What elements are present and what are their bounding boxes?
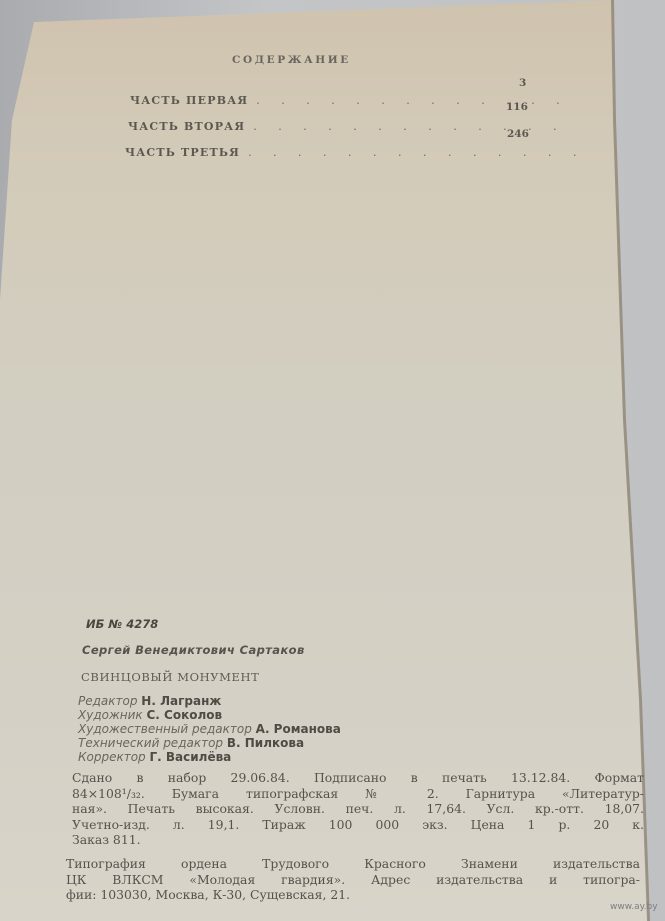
staff-role: Художественный редактор	[78, 722, 252, 736]
watermark: www.ay.by	[610, 902, 658, 912]
toc-item-label: ЧАСТЬ ПЕРВАЯ	[130, 94, 248, 107]
imprint-line: 84×108¹/₃₂. Бумага типографская № 2. Гар…	[72, 786, 644, 802]
staff-role: Редактор	[78, 694, 137, 708]
staff-role: Технический редактор	[78, 736, 223, 750]
toc-item-page: 116	[506, 101, 528, 113]
staff-role: Корректор	[78, 750, 146, 764]
printer-line: Типография ордена Трудового Красного Зна…	[66, 856, 640, 872]
staff-name: В. Пилкова	[227, 736, 304, 750]
toc-item-page: 3	[519, 77, 526, 89]
toc-item-page: 246	[507, 128, 529, 140]
imprint-line: ная». Печать высокая. Условн. печ. л. 17…	[72, 801, 644, 817]
staff-role: Художник	[78, 708, 143, 722]
staff-credits: Редактор Н. Лагранж Художник С. Соколов …	[78, 694, 341, 764]
toc-item: ЧАСТЬ ВТОРАЯ. . . . . . . . . . . . .	[128, 120, 566, 133]
toc-leader-dots: . . . . . . . . . . . . . .	[248, 146, 585, 159]
staff-line: Корректор Г. Василёва	[78, 750, 341, 764]
imprint-details: Сдано в набор 29.06.84. Подписано в печа…	[72, 770, 644, 848]
imprint-line: Сдано в набор 29.06.84. Подписано в печа…	[72, 770, 644, 786]
staff-name: Н. Лагранж	[141, 694, 221, 708]
toc-item-label: ЧАСТЬ ВТОРАЯ	[128, 120, 245, 133]
toc-item: ЧАСТЬ ТРЕТЬЯ. . . . . . . . . . . . . .	[125, 146, 585, 159]
ib-number: ИБ № 4278	[86, 617, 158, 631]
staff-name: А. Романова	[256, 722, 341, 736]
imprint-line: Учетно-изд. л. 19,1. Тираж 100 000 экз. …	[72, 817, 644, 833]
printer-line: фии: 103030, Москва, К-30, Сущевская, 21…	[66, 887, 640, 903]
imprint-line: Заказ 811.	[72, 832, 644, 848]
staff-line: Художественный редактор А. Романова	[78, 722, 341, 736]
printer-line: ЦК ВЛКСМ «Молодая гвардия». Адрес издате…	[66, 872, 640, 888]
staff-line: Художник С. Соколов	[78, 708, 341, 722]
book-title: СВИНЦОВЫЙ МОНУМЕНТ	[81, 670, 259, 684]
staff-line: Технический редактор В. Пилкова	[78, 736, 341, 750]
toc-item: ЧАСТЬ ПЕРВАЯ. . . . . . . . . . . . .	[130, 94, 569, 107]
staff-line: Редактор Н. Лагранж	[78, 694, 341, 708]
author-name: Сергей Венедиктович Сартаков	[82, 643, 305, 657]
printer-details: Типография ордена Трудового Красного Зна…	[66, 856, 640, 903]
contents-heading: СОДЕРЖАНИЕ	[232, 54, 351, 66]
staff-name: С. Соколов	[147, 708, 223, 722]
toc-item-label: ЧАСТЬ ТРЕТЬЯ	[125, 146, 240, 159]
staff-name: Г. Василёва	[150, 750, 232, 764]
